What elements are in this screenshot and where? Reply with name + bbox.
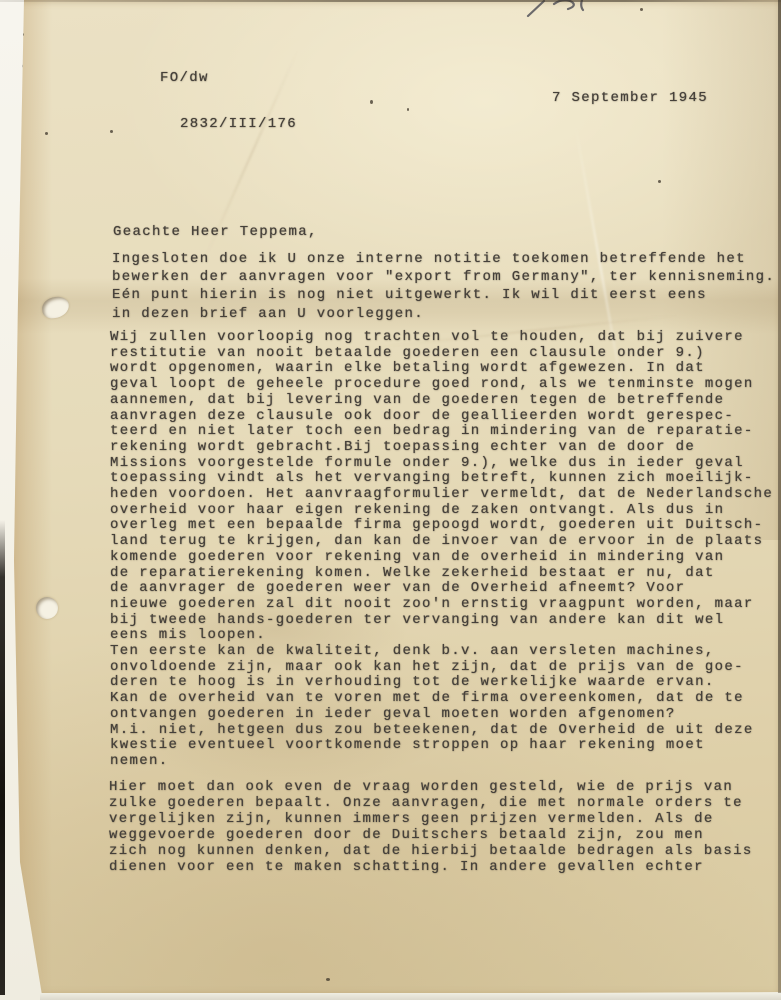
text-line: eens mis loopen. bbox=[110, 628, 773, 644]
text-line: Hier moet dan ook even de vraag worden g… bbox=[109, 780, 753, 796]
salutation: Geachte Heer Teppema, bbox=[113, 224, 318, 240]
paragraph-main: Wij zullen voorloopig nog trachten vol t… bbox=[110, 330, 773, 770]
text-line: de aanvrager de goederen weer van de Ove… bbox=[110, 581, 773, 597]
text-line: Ingesloten doe ik U onze interne notitie… bbox=[112, 250, 775, 268]
text-line: Wij zullen voorloopig nog trachten vol t… bbox=[110, 330, 773, 346]
text-line: nemen. bbox=[110, 754, 773, 770]
file-number: 2832/III/176 bbox=[180, 116, 297, 132]
text-line: teerd en niet later toch een bedrag in m… bbox=[110, 424, 773, 440]
text-line: zich nog kunnen denken, dat de hierbij b… bbox=[109, 844, 753, 860]
text-line: heden voordoen. Het aanvraagformulier ve… bbox=[110, 487, 773, 503]
letter-date: 7 September 1945 bbox=[552, 90, 708, 106]
paragraph-intro: Ingesloten doe ik U onze interne notitie… bbox=[112, 250, 775, 323]
text-line: komende goederen voor rekening van de ov… bbox=[110, 550, 773, 566]
text-line: bewerken der aanvragen voor "export from… bbox=[112, 268, 775, 286]
scan-edge-bottom bbox=[40, 993, 781, 1000]
text-line: bij tweede hands-goederen ter vervanging… bbox=[110, 613, 773, 629]
text-line: kwestie eventueel voortkomende stroppen … bbox=[110, 738, 773, 754]
text-line: toepassing vindt als het vervanging betr… bbox=[110, 471, 773, 487]
text-line: in dezen brief aan U voorleggen. bbox=[112, 305, 775, 323]
text-line: deren te hoog is in verhouding tot de we… bbox=[110, 675, 773, 691]
text-line: de reparatierekening komen. Welke zekerh… bbox=[110, 566, 773, 582]
text-line: aanvragen deze clausule ook door de geal… bbox=[110, 409, 773, 425]
handwritten-mark bbox=[520, 0, 650, 18]
scan-edge-shadow bbox=[0, 520, 5, 995]
text-line: nieuwe goederen zal dit nooit zoo'n erns… bbox=[110, 597, 773, 613]
text-line: M.i. niet, hetgeen dus zou beteekenen, d… bbox=[110, 723, 773, 739]
paper-sheet: FO/dw 7 September 1945 2832/III/176 Geac… bbox=[0, 0, 781, 1000]
text-line: aannemen, dat bij levering van de goeder… bbox=[110, 393, 773, 409]
text-line: overleg met een bepaalde firma gepoogd w… bbox=[110, 518, 773, 534]
text-line: rekening wordt gebracht.Bij toepassing e… bbox=[110, 440, 773, 456]
text-line: Ten eerste kan de kwaliteit, denk b.v. a… bbox=[110, 644, 773, 660]
text-line: wordt opgenomen, waarin elke betaling wo… bbox=[110, 361, 773, 377]
reference-initials: FO/dw bbox=[160, 70, 209, 86]
text-line: Missions voorgestelde formule onder 9.),… bbox=[110, 456, 773, 472]
text-line: land terug te krijgen, dan kan de invoer… bbox=[110, 534, 773, 550]
paragraph-closing: Hier moet dan ook even de vraag worden g… bbox=[109, 780, 753, 875]
text-line: weggevoerde goederen door de Duitschers … bbox=[109, 828, 753, 844]
text-line: Kan de overheid van te voren met de firm… bbox=[110, 691, 773, 707]
text-line: Eén punt hierin is nog niet uitgewerkt. … bbox=[112, 286, 775, 304]
text-line: ontvangen goederen in ieder geval moeten… bbox=[110, 707, 773, 723]
text-line: vergelijken zijn, kunnen immers geen pri… bbox=[109, 812, 753, 828]
text-line: dienen voor een te maken schatting. In a… bbox=[109, 860, 753, 876]
text-line: zulke goederen bepaalt. Onze aanvragen, … bbox=[109, 796, 753, 812]
scanned-letter-page: FO/dw 7 September 1945 2832/III/176 Geac… bbox=[0, 0, 781, 1000]
punch-hole-bottom bbox=[36, 597, 58, 619]
scan-edge-line-top bbox=[0, 0, 781, 2]
text-line: geval loopt de geheele procedure goed ro… bbox=[110, 377, 773, 393]
typewritten-text: FO/dw 7 September 1945 2832/III/176 Geac… bbox=[0, 0, 781, 1000]
